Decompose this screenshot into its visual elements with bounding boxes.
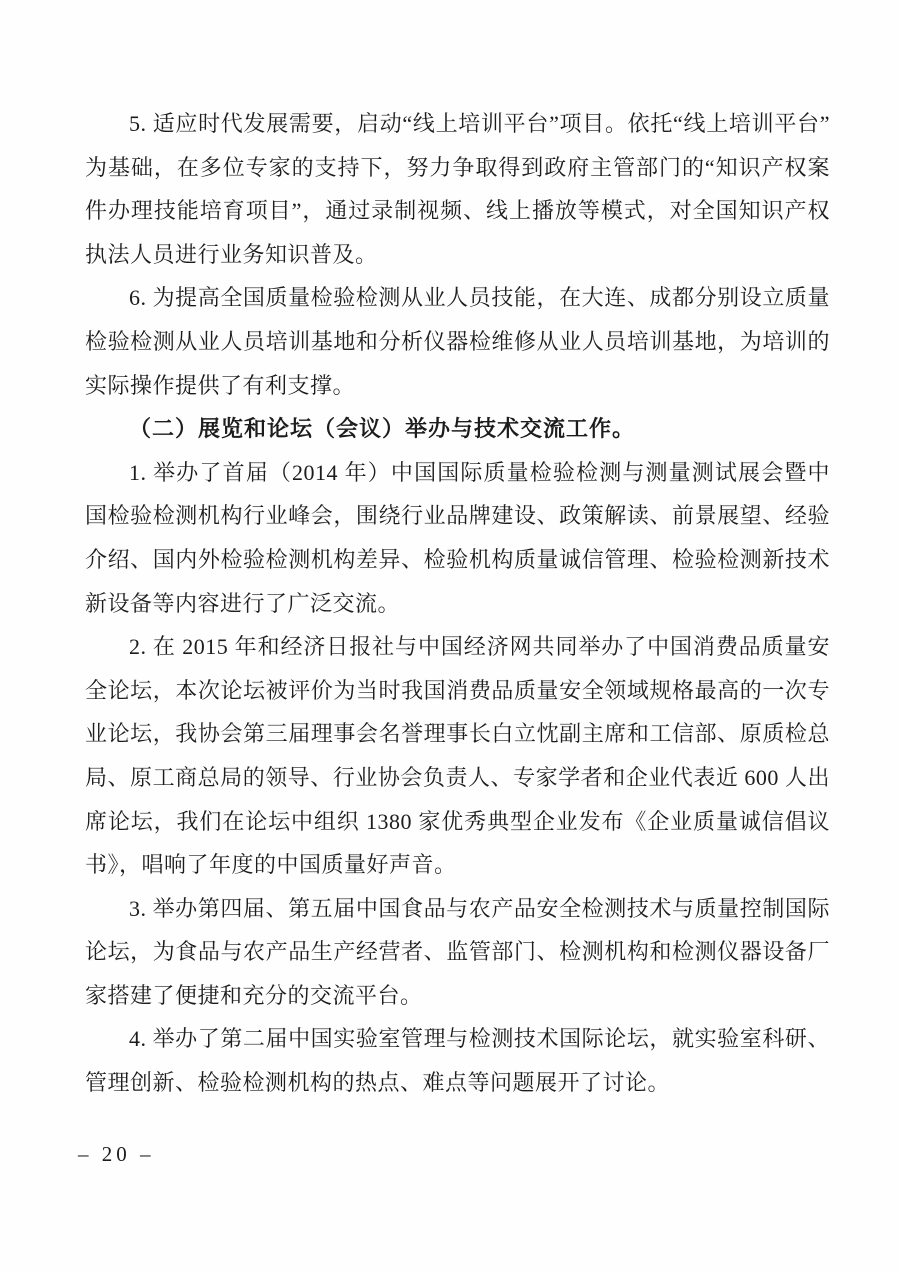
- paragraph-item-5: 5. 适应时代发展需要，启动“线上培训平台”项目。依托“线上培训平台”为基础，在…: [85, 102, 830, 276]
- page-number: – 20 –: [78, 1142, 155, 1167]
- paragraph-item-6: 6. 为提高全国质量检验检测从业人员技能，在大连、成都分别设立质量检验检测从业人…: [85, 276, 830, 407]
- paragraph-forum-1: 1. 举办了首届（2014 年）中国国际质量检验检测与测量测试展会暨中国检验检测…: [85, 451, 830, 625]
- paragraph-forum-3: 3. 举办第四届、第五届中国食品与农产品安全检测技术与质量控制国际论坛，为食品与…: [85, 887, 830, 1018]
- document-page: 5. 适应时代发展需要，启动“线上培训平台”项目。依托“线上培训平台”为基础，在…: [0, 0, 900, 1273]
- paragraph-forum-4: 4. 举办了第二届中国实验室管理与检测技术国际论坛，就实验室科研、管理创新、检验…: [85, 1017, 830, 1104]
- section-heading-exhibitions-forums: （二）展览和论坛（会议）举办与技术交流工作。: [85, 407, 830, 451]
- paragraph-forum-2: 2. 在 2015 年和经济日报社与中国经济网共同举办了中国消费品质量安全论坛，…: [85, 625, 830, 887]
- document-body: 5. 适应时代发展需要，启动“线上培训平台”项目。依托“线上培训平台”为基础，在…: [85, 102, 830, 1105]
